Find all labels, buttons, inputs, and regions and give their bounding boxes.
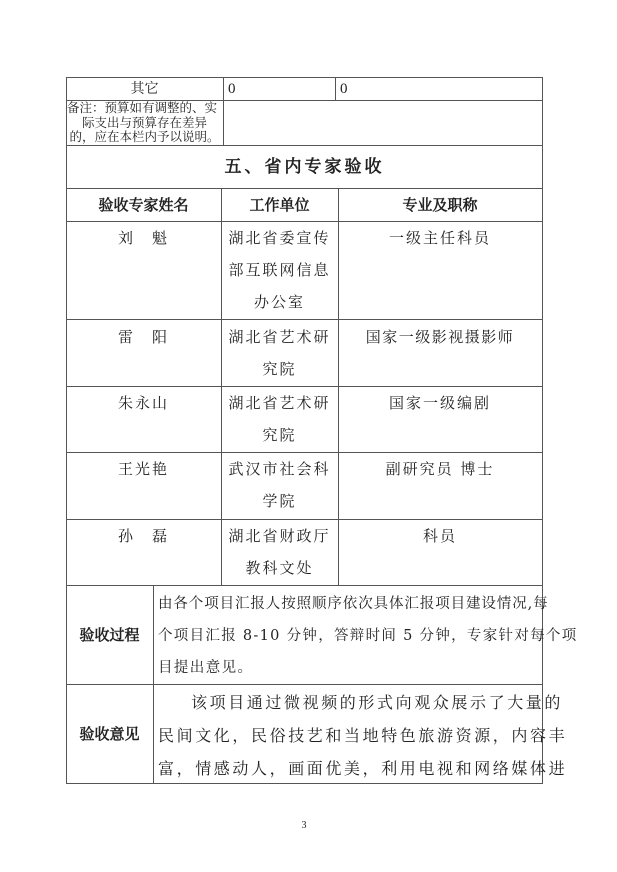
col-divider [153,585,154,783]
expert-title: 国家一级影视摄影师 [338,321,542,353]
unit-line: 湖北省委宣传 [221,222,338,254]
expert-name: 孙 磊 [66,520,221,552]
other-budget-value: 0 [228,78,236,100]
process-text: 由各个项目汇报人按照顺序依次具体汇报项目建设情况,每 个项目汇报 8-10 分钟… [158,588,540,684]
budget-note-content [224,101,542,145]
process-label: 验收过程 [66,586,153,684]
opinion-line: 该项目通过微视频的形式向观众展示了大量的 [158,686,540,719]
unit-line: 教科文处 [221,552,338,584]
budget-note-label: 备注：预算如有调整的、实 际支出与预算存在差异 的，应在本栏内予以说明。 [66,101,223,145]
note-line: 备注：预算如有调整的、实 [66,101,223,116]
col-divider [335,77,336,100]
expert-name: 朱永山 [66,387,221,419]
other-label: 其它 [66,78,223,100]
header-title: 专业及职称 [338,189,542,221]
unit-line: 部互联网信息 [221,254,338,286]
header-expert-name: 验收专家姓名 [66,189,221,221]
unit-line: 办公室 [221,286,338,318]
section-title: 五、省内专家验收 [66,146,543,188]
header-work-unit: 工作单位 [221,189,338,221]
note-line: 际支出与预算存在差异 [66,116,223,131]
note-line: 的，应在本栏内予以说明。 [66,130,223,145]
unit-line: 湖北省财政厅 [221,520,338,552]
expert-title: 科员 [338,520,542,552]
expert-unit: 湖北省财政厅 教科文处 [221,520,338,584]
row-divider [66,319,543,320]
expert-unit: 湖北省艺术研 究院 [221,387,338,451]
unit-line: 究院 [221,419,338,451]
process-line: 个项目汇报 8-10 分钟，答辩时间 5 分钟，专家针对每个项 [158,620,540,652]
expert-title: 国家一级编剧 [338,387,542,419]
expert-name: 雷 阳 [66,321,221,353]
opinion-label: 验收意见 [66,685,153,783]
opinion-text: 该项目通过微视频的形式向观众展示了大量的 民间文化，民俗技艺和当地特色旅游资源，… [158,686,540,785]
unit-line: 究院 [221,353,338,385]
opinion-line: 富，情感动人，画面优美，利用电视和网络媒体进 [158,752,540,785]
expert-title: 副研究员 博士 [338,453,542,485]
process-line: 由各个项目汇报人按照顺序依次具体汇报项目建设情况,每 [158,588,540,620]
unit-line: 武汉市社会科 [221,453,338,485]
expert-title: 一级主任科员 [338,222,542,254]
expert-name: 王光艳 [66,453,221,485]
expert-unit: 湖北省艺术研 究院 [221,321,338,385]
unit-line: 学院 [221,485,338,517]
process-line: 目提出意见。 [158,652,540,684]
page-number: 3 [296,819,312,833]
unit-line: 湖北省艺术研 [221,387,338,419]
unit-line: 湖北省艺术研 [221,321,338,353]
expert-unit: 湖北省委宣传 部互联网信息 办公室 [221,222,338,318]
expert-name: 刘 魁 [66,222,221,254]
opinion-line: 民间文化，民俗技艺和当地特色旅游资源，内容丰 [158,719,540,752]
expert-unit: 武汉市社会科 学院 [221,453,338,517]
other-actual-value: 0 [340,78,348,100]
